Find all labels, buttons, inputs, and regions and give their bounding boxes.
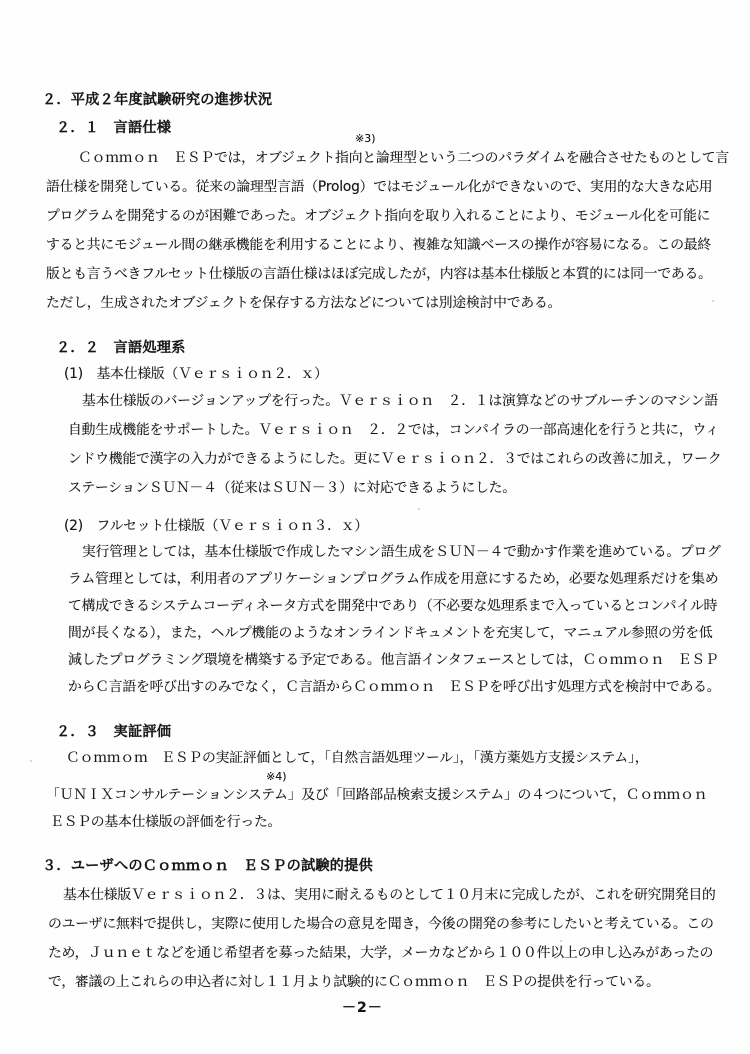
- document-page: －2－ ２．平成２年度試験研究の進捗状況２．１ 言語仕様※3)Ｃｏｍｍｏｎ ＥＳ…: [0, 0, 750, 1054]
- para-2-3-line-3: ＥＳＰの基本仕様版の評価を行った。: [50, 815, 281, 830]
- item-1-heading: (1) 基本仕様版（Ｖｅｒｓｉｏｎ２．ｘ）: [64, 367, 328, 382]
- section-2-2-heading: ２．２ 言語処理系: [56, 340, 186, 356]
- footnote-ref-3: ※3): [355, 133, 376, 145]
- para-2-2-1-line-3: ンドウ機能で漢字の入力ができるようにした。更にＶｅｒｓｉｏｎ２．３ではこれらの改…: [68, 452, 721, 467]
- para-2-2-2-line-2: ラム管理としては，利用者のアプリケーションプログラム作成を用意にするため，必要な…: [68, 572, 718, 587]
- para-3-line-4: で，審議の上これらの申込者に対し１１月より試験的にＣｏｍｍｏｎ ＥＳＰの提供を行…: [48, 975, 660, 990]
- section-3-heading: ３．ユーザへのＣｏｍｍｏｎ ＥＳＰの試験的提供: [42, 858, 373, 874]
- para-2-2-2-line-5: 減したプログラミング環境を構築する予定である。他言語インタフェースとしては，Ｃｏ…: [68, 653, 718, 668]
- para-2-2-1-line-2: 自動生成機能をサポートした。Ｖｅｒｓｉｏｎ ２．２では，コンパイラの一部高速化を…: [68, 423, 719, 438]
- para-2-1-line-2: 語仕様を開発している。従来の論理型言語（Prolog）ではモジュール化ができない…: [46, 180, 712, 195]
- para-2-3-line-1: Ｃｏｍｍｏｍ ＥＳＰの実証評価として，「自然言語処理ツール」，「漢方薬処方支援シ…: [66, 751, 648, 766]
- page-number: －2－: [342, 997, 383, 1017]
- para-2-2-2-line-6: からＣ言語を呼び出すのみでなく，Ｃ言語からＣｏｍｍｏｎ ＥＳＰを呼び出す処理方式…: [68, 680, 720, 695]
- footnote-ref-4: ※4): [266, 771, 287, 783]
- scan-speck: [560, 940, 562, 942]
- section-2-1-heading: ２．１ 言語仕様: [56, 120, 171, 136]
- para-2-2-2-line-1: 実行管理としては，基本仕様版で作成したマシン語生成をＳＵＮ－４で動かす作業を進め…: [82, 545, 721, 560]
- para-3-line-1: 基本仕様版Ｖｅｒｓｉｏｎ２．３は、実用に耐えるものとして１０月末に完成したが、こ…: [63, 888, 716, 903]
- para-2-3-line-2: 「ＵＮＩＸコンサルテーションシステム」及び「回路部品検索支援システム」の４つにつ…: [46, 788, 707, 803]
- para-3-line-2: のユーザに無料で提供し，実際に使用した場合の意見を聞き，今後の開発の参考にしたい…: [48, 917, 714, 932]
- para-2-1-line-5: 版とも言うべきフルセット仕様版の言語仕様はほぼ完成したが，内容は基本仕様版と本質…: [46, 267, 712, 282]
- para-2-2-1-line-1: 基本仕様版のバージョンアップを行った。Ｖｅｒｓｉｏｎ ２．１は演算などのサブルー…: [82, 394, 718, 409]
- para-3-line-3: ため，Ｊｕｎｅｔなどを通じ希望者を募った結果，大学，メーカなどから１００件以上の…: [48, 946, 713, 961]
- para-2-1-line-4: すると共にモジュール間の継承機能を利用することにより、複雑な知識ベースの操作が容…: [46, 238, 711, 253]
- scan-speck: [712, 300, 714, 302]
- scan-speck: [642, 186, 644, 188]
- para-2-2-1-line-4: ステーションＳＵＮ－４（従来はＳＵＮ－３）に対応できるようにした。: [68, 481, 516, 496]
- item-2-heading: (2) フルセット仕様版（Ｖｅｒｓｉｏｎ３．ｘ）: [64, 519, 368, 534]
- para-2-2-2-line-3: て構成できるシステムコーディネータ方式を開発中であり（不必要な処理系まで入ってい…: [68, 599, 717, 614]
- section-2-3-heading: ２．３ 実証評価: [56, 724, 171, 740]
- scan-speck: [418, 508, 420, 510]
- para-2-1-line-6: ただし，生成されたオブジェクトを保存する方法などについては別途検討中である。: [46, 296, 561, 311]
- section-2-heading: ２．平成２年度試験研究の進捗状況: [42, 92, 272, 108]
- para-2-1-line-3: プログラムを開発するのが困難であった。オブジェクト指向を取り入れることにより、モ…: [46, 209, 710, 224]
- scan-speck: [30, 760, 32, 762]
- para-2-2-2-line-4: 間が長くなる），また，ヘルプ機能のようなオンラインドキュメントを充実して，マニュ…: [68, 626, 713, 641]
- scan-speck: [700, 652, 702, 654]
- para-2-1-line-1: Ｃｏｍｍｏｎ ＥＳＰでは，オブジェクト指向と論理型という二つのパラダイムを融合さ…: [78, 151, 729, 166]
